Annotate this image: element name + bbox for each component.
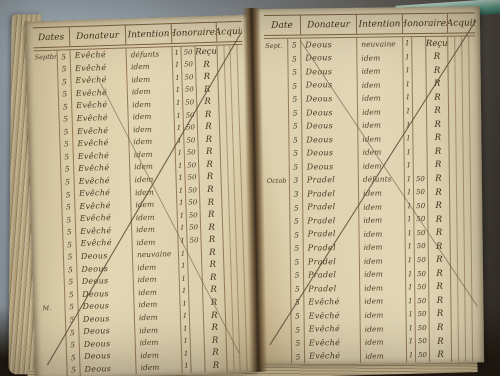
cell-honoraires-francs: 1 [404,78,413,92]
cell-day: 5 [289,79,302,93]
cell-month [264,66,288,80]
cell-honoraires-centimes: 50 [415,267,429,281]
acquit-subcolumn [470,77,476,91]
cell-receipt-mark: R [430,321,452,335]
cell-month [266,188,290,202]
cell-honoraires-centimes: 50 [416,349,430,363]
cell-acquit [450,199,477,213]
cell-acquit [450,185,477,199]
cell-acquit [223,208,248,221]
cell-month [41,289,65,302]
cell-receipt-mark: R [426,50,448,64]
cell-donateur: Pradel [303,200,359,214]
cell-intention: idem [358,105,404,119]
cell-day: 5 [62,201,75,214]
cell-acquit [452,321,479,335]
cell-donateur: Pradel [303,227,359,241]
cell-honoraires-francs: 1 [176,147,185,160]
cell-honoraires-centimes [412,37,426,51]
cell-intention: idem [359,200,405,214]
cell-donateur: Pradel [304,241,360,255]
acquit-subcolumn [473,321,479,335]
acquit-subcolumn [470,91,476,105]
acquit-subcolumn [238,70,244,83]
cell-receipt-mark: R [203,271,225,284]
cell-day: 5 [58,63,71,76]
cell-acquit [449,145,476,159]
column-header-date: Dates [33,27,71,47]
cell-receipt-mark: R [428,213,450,227]
cell-month [264,52,288,66]
ledger-page-left: Dates Donateur Intention Honoraires Acqu… [25,15,258,376]
cell-acquit [225,296,250,309]
cell-acquit [449,104,476,118]
cell-receipt-mark: R [428,159,450,173]
cell-honoraires-centimes [188,260,202,273]
cell-honoraires-francs: 1 [172,47,181,60]
cell-month [267,255,291,269]
cell-honoraires-francs: 1 [174,109,183,122]
acquit-subcolumn [470,118,476,132]
cell-day: 5 [65,289,78,302]
cell-intention: idem [360,268,406,282]
acquit-subcolumn [471,226,477,240]
cell-intention: idem [358,132,404,146]
cell-honoraires-francs: 1 [175,135,184,148]
cell-acquit [225,271,250,284]
cell-honoraires-centimes: 50 [185,147,199,160]
cell-day: 5 [59,100,72,113]
cell-honoraires-centimes: 50 [416,321,430,335]
cell-month [34,76,58,89]
cell-donateur: Pradel [304,268,360,282]
cell-donateur: Evêché [305,349,361,363]
cell-month [39,239,63,252]
cell-honoraires-centimes: 50 [415,281,429,295]
cell-honoraires-francs: 1 [405,186,414,200]
cell-day: 3 [290,174,303,188]
cell-intention: idem [360,240,406,254]
cell-receipt-mark: Reçu [195,46,217,59]
cell-honoraires-francs: 1 [177,197,186,210]
cell-day: 5 [290,201,303,215]
cell-receipt-mark: R [427,132,449,146]
cell-day: 5 [59,113,72,126]
cell-acquit [218,70,243,83]
cell-month [265,79,289,93]
acquit-subcolumn [471,212,477,226]
acquit-subcolumn [471,172,477,186]
cell-day: 5 [59,88,72,101]
cell-day: 5 [289,93,302,107]
cell-intention: idem [358,78,404,92]
cell-honoraires-centimes [191,360,205,373]
cell-honoraires-centimes: 50 [186,184,200,197]
cell-acquit [450,158,477,172]
cell-receipt-mark: R [199,171,221,184]
cell-day: 5 [58,75,71,88]
cell-receipt-mark: R [427,104,449,118]
cell-day: 5 [66,314,79,327]
cell-receipt-mark: R [427,145,449,159]
cell-month [42,327,66,340]
acquit-subcolumn [469,50,475,64]
ledger-row: 5Evêchéidem150R [268,348,479,364]
cell-honoraires-centimes [190,335,204,348]
cell-honoraires-centimes [413,91,427,105]
cell-honoraires-francs: 1 [176,160,185,173]
cell-day: 5 [289,120,302,134]
acquit-subcolumn [469,63,475,77]
column-header-honoraires: Honoraires [403,14,448,34]
cell-honoraires-centimes: 50 [415,308,429,322]
cell-honoraires-centimes: 50 [185,172,199,185]
cell-intention: idem [358,146,404,160]
cell-honoraires-francs: 1 [182,335,191,348]
cell-day: 5 [67,339,80,352]
cell-honoraires-francs: 1 [407,335,416,349]
cell-day: 5 [292,323,305,337]
cell-month [265,106,289,120]
column-header-intention: Intention [357,14,403,34]
cell-month [267,269,291,283]
cell-honoraires-francs: 1 [175,122,184,135]
cell-acquit [449,118,476,132]
cell-receipt-mark: R [204,322,226,335]
cell-receipt-mark: R [429,281,451,295]
cell-honoraires-francs: 1 [404,118,413,132]
cell-honoraires-centimes [414,159,428,173]
cell-day: 5 [292,350,305,364]
cell-month [35,113,59,126]
cell-acquit [451,253,478,267]
cell-honoraires-francs: 1 [406,267,415,281]
cell-month [43,364,67,376]
cell-month [34,63,58,76]
cell-donateur: Pradel [304,282,360,296]
cell-receipt-mark: R [197,83,219,96]
cell-honoraires-francs: 1 [405,227,414,241]
acquit-subcolumn [473,334,479,348]
cell-intention: idem [360,308,406,322]
cell-acquit [451,307,478,321]
cell-honoraires-centimes: 50 [184,134,198,147]
cell-receipt-mark: R [429,240,451,254]
cell-month [267,242,291,256]
cell-intention: idem [359,227,405,241]
cell-honoraires-centimes [412,51,426,65]
cell-month [265,147,289,161]
cell-honoraires-centimes: 50 [187,234,201,247]
cell-intention: idem [360,281,406,295]
cell-honoraires-francs: 1 [404,132,413,146]
cell-day: 5 [291,255,304,269]
cell-day: 5 [291,296,304,310]
cell-acquit [223,233,248,246]
acquit-subcolumn [471,185,477,199]
cell-month [38,189,62,202]
cell-honoraires-centimes [188,247,202,260]
cell-donateur: Deous [302,119,358,133]
cell-day: 5 [65,301,78,314]
cell-day: 5 [63,226,76,239]
cell-donateur: Evêché [305,322,361,336]
cell-honoraires-francs: 1 [178,235,187,248]
cell-day: 5 [61,151,74,164]
cell-acquit [222,183,247,196]
cell-honoraires-francs: 1 [407,349,416,363]
column-header-date: Date [264,16,301,35]
cell-honoraires-francs: 1 [181,310,190,323]
cell-month [39,214,63,227]
cell-month: Septbre [34,51,58,64]
cell-receipt-mark: R [203,296,225,309]
cell-acquit [221,145,246,158]
cell-month [35,88,59,101]
cell-month [266,228,290,242]
cell-honoraires-francs: 1 [405,213,414,227]
cell-donateur: Deous [301,38,357,52]
cell-honoraires-centimes [190,310,204,323]
cell-donateur: Evêché [304,309,360,323]
cell-day: 5 [61,176,74,189]
cell-honoraires-centimes: 50 [181,46,195,59]
cell-honoraires-centimes: 50 [187,222,201,235]
cell-honoraires-francs: 1 [178,222,187,235]
cell-receipt-mark: R [200,196,222,209]
cell-receipt-mark: R [205,347,227,360]
cell-receipt-mark: R [205,359,227,372]
cell-acquit [219,95,244,108]
ledger-table-left: Dates Donateur Intention Honoraires Acqu… [33,21,253,376]
cell-month: M. [41,301,65,314]
cell-acquit [451,240,478,254]
cell-honoraires-francs: 1 [404,146,413,160]
cell-receipt-mark: R [428,199,450,213]
cell-month [40,264,64,277]
cell-day: 5 [289,147,302,161]
ledger-table-right: Date Donateur Intention Honoraires Acqui… [264,12,479,355]
cell-acquit [448,36,475,50]
cell-honoraires-centimes: 50 [414,227,428,241]
cell-acquit [448,50,475,64]
acquit-subcolumn [469,36,475,50]
acquit-subcolumn [470,131,476,145]
cell-acquit [449,77,476,91]
cell-receipt-mark: R [201,209,223,222]
cell-honoraires-francs: 1 [405,200,414,214]
cell-honoraires-francs: 1 [407,322,416,336]
cell-honoraires-centimes: 50 [414,172,428,186]
cell-donateur: Pradel [303,187,359,201]
acquit-subcolumn [472,240,478,254]
cell-receipt-mark: R [429,253,451,267]
cell-acquit [222,195,247,208]
cell-donateur: Deous [302,133,358,147]
cell-month [43,352,67,365]
cell-honoraires-centimes: 50 [183,84,197,97]
cell-day: 5 [289,106,302,120]
cell-honoraires-francs: 1 [180,285,189,298]
cell-day: 5 [291,269,304,283]
cell-acquit [221,158,246,171]
cell-month [37,164,61,177]
cell-honoraires-francs: 1 [405,173,414,187]
cell-day: 5 [61,163,74,176]
cell-acquit [219,82,244,95]
acquit-subcolumn [472,280,478,294]
cell-receipt-mark: R [201,234,223,247]
cell-honoraires-centimes: 50 [187,209,201,222]
cell-day: 5 [288,39,301,53]
cell-honoraires-francs: 1 [406,240,415,254]
cell-day: 5 [289,133,302,147]
cell-day: 5 [288,66,301,80]
cell-receipt-mark: R [426,64,448,78]
cell-day: 5 [65,276,78,289]
cell-intention: idem [359,186,405,200]
cell-donateur: Deous [301,65,357,79]
cell-acquit [450,212,477,226]
ledger-page-right: Date Donateur Intention Honoraires Acqui… [256,6,484,365]
cell-acquit [219,108,244,121]
cell-donateur: Pradel [304,255,360,269]
cell-intention: idem [136,361,182,375]
cell-honoraires-centimes [413,145,427,159]
cell-month [39,226,63,239]
cell-receipt-mark: R [203,284,225,297]
cell-day: 5 [66,326,79,339]
cell-day: 5 [67,351,80,364]
cell-receipt-mark: R [427,118,449,132]
cell-acquit [451,267,478,281]
cell-month: Octob [266,174,290,188]
cell-receipt-mark: R [430,348,452,362]
cell-honoraires-francs: 1 [406,254,415,268]
cell-honoraires-francs: 1 [174,97,183,110]
cell-day: 5 [291,309,304,323]
column-header-acquit: Acquit [448,13,475,32]
cell-honoraires-francs: 1 [182,360,191,373]
cell-month [266,201,290,215]
cell-honoraires-francs: 1 [404,105,413,119]
ledger-rows-right: Sept.5Deousneuvaine1Reçu5Deousidem1R5Deo… [264,36,479,364]
cell-month [42,314,66,327]
acquit-subcolumn [237,57,243,70]
acquit-subcolumn [472,253,478,267]
cell-honoraires-francs: 1 [174,84,183,97]
cell-intention: idem [361,335,407,349]
cell-acquit [226,308,251,321]
cell-acquit [217,45,242,58]
cell-honoraires-centimes [413,78,427,92]
cell-honoraires-francs: 1 [179,247,188,260]
cell-honoraires-centimes: 50 [414,186,428,200]
cell-honoraires-centimes [413,132,427,146]
cell-month: Sept. [264,39,288,53]
cell-intention: neuvaine [357,37,403,51]
cell-honoraires-centimes: 50 [183,96,197,109]
cell-day: 5 [290,215,303,229]
cell-receipt-mark: R [198,133,220,146]
cell-honoraires-centimes [189,285,203,298]
cell-honoraires-centimes [413,118,427,132]
table-header-row: Date Donateur Intention Honoraires Acqui… [264,12,475,36]
cell-receipt-mark: R [199,158,221,171]
cell-donateur: Deous [303,160,359,174]
cell-receipt-mark: R [201,221,223,234]
cell-receipt-mark: R [204,309,226,322]
cell-day: 5 [60,125,73,138]
cell-day: 5 [291,242,304,256]
acquit-subcolumn [237,45,243,58]
cell-honoraires-centimes: 50 [184,122,198,135]
cell-day: 5 [291,282,304,296]
cell-intention: idem [361,349,407,363]
cell-honoraires-francs: 1 [182,348,191,361]
cell-donateur: Evêché [305,336,361,350]
cell-month [265,120,289,134]
acquit-subcolumn [473,348,479,362]
cell-honoraires-francs: 1 [179,260,188,273]
cell-honoraires-centimes: 50 [182,59,196,72]
cell-donateur: Pradel [303,214,359,228]
cell-acquit [448,63,475,77]
cell-day: 5 [292,337,305,351]
cell-honoraires-francs: 1 [177,185,186,198]
cell-honoraires-centimes: 50 [414,213,428,227]
cell-day: 5 [290,160,303,174]
cell-honoraires-centimes: 50 [416,335,430,349]
cell-intention: idem [360,295,406,309]
cell-month [268,337,292,351]
column-header-intention: Intention [126,24,173,44]
cell-honoraires-centimes [191,347,205,360]
cell-acquit [452,334,479,348]
cell-intention: idem [360,254,406,268]
cell-month [267,310,291,324]
cell-acquit [451,294,478,308]
cell-honoraires-francs: 1 [403,37,412,51]
cell-acquit [450,226,477,240]
cell-acquit [224,258,249,271]
cell-day: 5 [64,263,77,276]
cell-acquit [451,280,478,294]
acquit-subcolumn [471,158,477,172]
cell-donateur: Deous [302,106,358,120]
cell-month [265,134,289,148]
cell-acquit [221,170,246,183]
cell-month [267,283,291,297]
cell-acquit [220,133,245,146]
cell-honoraires-francs: 1 [173,59,182,72]
cell-month [36,138,60,151]
cell-month [266,161,290,175]
column-header-donateur: Donateur [301,15,357,35]
cell-day: 5 [60,138,73,151]
cell-honoraires-francs: 1 [178,210,187,223]
cell-intention: idem [358,119,404,133]
acquit-subcolumn [470,145,476,159]
cell-honoraires-centimes: 50 [186,197,200,210]
cell-honoraires-francs: 1 [181,323,190,336]
cell-month [37,151,61,164]
cell-month [36,126,60,139]
cell-acquit [224,245,249,258]
cell-month [266,215,290,229]
cell-receipt-mark: R [202,246,224,259]
cell-honoraires-francs: 1 [180,298,189,311]
